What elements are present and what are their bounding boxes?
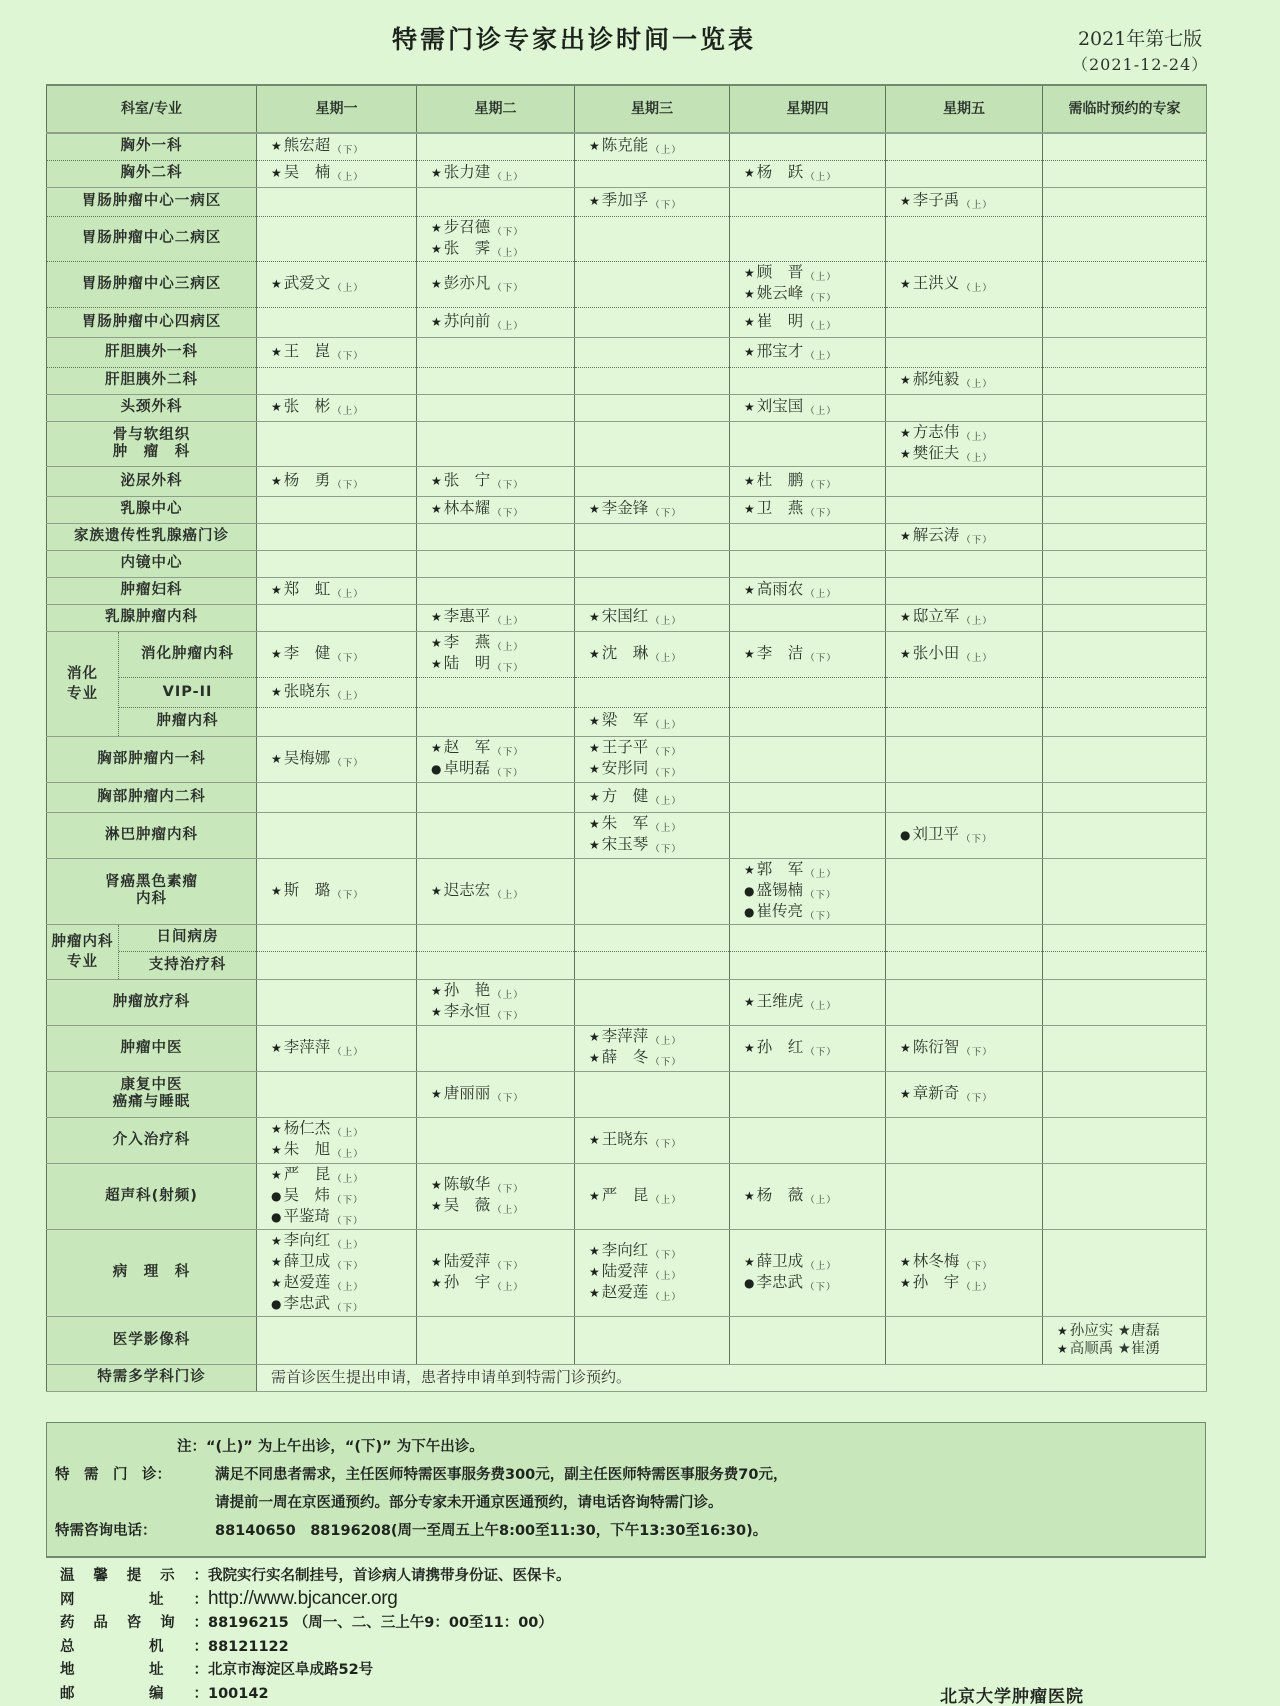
schedule-cell-friday: ★陈衍智（下） bbox=[886, 1025, 1043, 1071]
doctor-name: 杜 鹏 bbox=[757, 471, 804, 489]
doctor-entry: ★赵爱莲（上） bbox=[589, 1283, 729, 1304]
column-header-friday: 星期五 bbox=[886, 85, 1043, 133]
star-icon: ★ bbox=[589, 610, 600, 624]
schedule-cell-thursday bbox=[730, 1117, 886, 1163]
doctor-name: 刘宝国 bbox=[757, 397, 804, 415]
table-row: 胸外一科★熊宏超（下）★陈克能（上） bbox=[47, 133, 1207, 160]
doctor-name: 杨 薇 bbox=[757, 1186, 804, 1204]
schedule-cell-adhoc bbox=[1043, 924, 1207, 979]
doctor-name: 陈克能 bbox=[602, 136, 649, 154]
schedule-cell-thursday bbox=[730, 367, 886, 394]
doctor-entry: ★孙 宇（上） bbox=[431, 1273, 574, 1294]
doctor-name: 赵爱莲 bbox=[602, 1283, 649, 1301]
schedule-cell-adhoc bbox=[1043, 1229, 1207, 1316]
star-icon: ★ bbox=[431, 502, 442, 516]
website-link[interactable]: http://www.bjcancer.org bbox=[208, 1588, 398, 1609]
dept-label: 胃肠肿瘤中心四病区 bbox=[47, 307, 257, 337]
session-marker: （下） bbox=[805, 653, 837, 664]
doctor-name: 刘卫平 bbox=[912, 825, 959, 843]
session-marker: （上） bbox=[332, 1174, 364, 1185]
doctor-name: 严 昆 bbox=[284, 1165, 331, 1183]
session-marker: （上） bbox=[332, 406, 364, 417]
dot-icon: ● bbox=[271, 1189, 281, 1203]
doctor-name: 王洪义 bbox=[913, 274, 960, 292]
schedule-cell-tuesday: ★迟志宏（上） bbox=[417, 858, 575, 924]
doctor-name: 李金锋 bbox=[602, 499, 649, 517]
doctor-entry: ●卓明磊（下） bbox=[431, 759, 574, 780]
dept-group-label: 消化 专业 bbox=[47, 632, 119, 736]
star-icon: ★ bbox=[589, 1133, 600, 1147]
schedule-cell-monday bbox=[257, 1071, 417, 1117]
schedule-cell-adhoc bbox=[1043, 261, 1207, 307]
schedule-cell-friday bbox=[886, 160, 1043, 187]
star-icon: ★ bbox=[431, 610, 442, 624]
session-marker: （上） bbox=[805, 272, 837, 283]
doctor-name: 解云涛 bbox=[913, 526, 960, 544]
schedule-cell-thursday: ★杨 薇（上） bbox=[730, 1163, 886, 1229]
schedule-cell-thursday bbox=[730, 216, 886, 261]
doctor-name: 平鉴琦 bbox=[283, 1207, 330, 1225]
table-row: 胃肠肿瘤中心二病区★步召德（下）★张 霁（上） bbox=[47, 216, 1207, 261]
schedule-cell-wednesday bbox=[575, 160, 730, 187]
session-marker: （上） bbox=[805, 406, 837, 417]
dept-label: 肾癌黑色素瘤 内科 bbox=[47, 858, 257, 924]
doctor-entry: ★林本耀（下） bbox=[431, 499, 574, 520]
star-icon: ★ bbox=[744, 345, 755, 359]
column-header-wednesday: 星期三 bbox=[575, 85, 730, 133]
schedule-cell-monday bbox=[257, 187, 417, 216]
doctor-name: 陈敏华 bbox=[444, 1175, 491, 1193]
star-icon: ★ bbox=[431, 1199, 442, 1213]
doctor-name: 唐丽丽 bbox=[444, 1084, 491, 1102]
star-icon: ★ bbox=[431, 657, 442, 671]
dept-label: 内镜中心 bbox=[47, 550, 257, 577]
schedule-cell-wednesday bbox=[575, 261, 730, 307]
doctor-name: 李忠武 bbox=[756, 1273, 803, 1291]
schedule-cell-thursday bbox=[730, 523, 886, 550]
doctor-entry: ★李子禹（上） bbox=[900, 191, 1042, 212]
session-marker: （上） bbox=[492, 990, 524, 1001]
doctor-entry: ●李忠武（下） bbox=[271, 1294, 416, 1315]
session-marker: （上） bbox=[332, 589, 364, 600]
tip-value: 我院实行实名制挂号，首诊病人请携带身份证、医保卡。 bbox=[208, 1568, 571, 1584]
schedule-cell-friday: ★方志伟（上）★樊征夫（上） bbox=[886, 421, 1043, 466]
star-icon: ★ bbox=[431, 474, 442, 488]
doctor-name: 崔传亮 bbox=[756, 902, 803, 920]
session-marker: （上） bbox=[492, 321, 524, 332]
schedule-table: 科室/专业 星期一 星期二 星期三 星期四 星期五 需临时预约的专家 胸外一科★… bbox=[46, 84, 1207, 1392]
star-icon: ★ bbox=[589, 1030, 600, 1044]
schedule-cell-tuesday bbox=[417, 187, 575, 216]
schedule-cell-monday: ★李向红（上）★薛卫成（下）★赵爱莲（上）●李忠武（下） bbox=[257, 1229, 417, 1316]
session-marker: （下） bbox=[961, 834, 993, 845]
schedule-cell-friday bbox=[886, 1316, 1043, 1364]
schedule-cell-thursday bbox=[730, 924, 886, 979]
schedule-cell-adhoc bbox=[1043, 307, 1207, 337]
session-marker: （下） bbox=[332, 758, 364, 769]
doctor-name: 林本耀 bbox=[444, 499, 491, 517]
session-marker: （上） bbox=[961, 200, 993, 211]
footer-switchboard: 总 机：88121122 bbox=[60, 1635, 1240, 1659]
dept-label: 家族遗传性乳腺癌门诊 bbox=[47, 523, 257, 550]
dept-label: 胸外一科 bbox=[47, 133, 257, 160]
doctor-entry: ★顾 晋（上） bbox=[744, 263, 885, 284]
star-icon: ★ bbox=[271, 345, 282, 359]
star-icon: ★ bbox=[900, 373, 911, 387]
edition-info: 2021年第七版 （2021-12-24） bbox=[1072, 26, 1208, 78]
table-row: 骨与软组织 肿 瘤 科★方志伟（上）★樊征夫（上） bbox=[47, 421, 1207, 466]
schedule-cell-monday bbox=[257, 1316, 417, 1364]
schedule-cell-tuesday bbox=[417, 1316, 575, 1364]
phone-label: 特需咨询电话： bbox=[55, 1519, 215, 1540]
schedule-cell-tuesday bbox=[417, 394, 575, 421]
schedule-cell-tuesday bbox=[417, 924, 575, 979]
session-marker: （下） bbox=[650, 1139, 682, 1150]
schedule-cell-monday: ★熊宏超（下） bbox=[257, 133, 417, 160]
star-icon: ★ bbox=[900, 1041, 911, 1055]
schedule-cell-tuesday: ★赵 军（下）●卓明磊（下） bbox=[417, 736, 575, 782]
schedule-cell-monday: ★吴 楠（上） bbox=[257, 160, 417, 187]
schedule-cell-tuesday: ★张 宁（下） bbox=[417, 466, 575, 496]
doctor-entry: ★陆爱萍（下） bbox=[431, 1252, 574, 1273]
schedule-cell-tuesday bbox=[417, 523, 575, 550]
session-marker: （下） bbox=[961, 1093, 993, 1104]
doctor-name: 李永恒 bbox=[444, 1002, 491, 1020]
doctor-name: 高雨农 bbox=[757, 580, 804, 598]
dot-icon: ● bbox=[271, 1210, 281, 1224]
schedule-cell-thursday: ★顾 晋（上）★姚云峰（下） bbox=[730, 261, 886, 307]
session-marker: （下） bbox=[650, 747, 682, 758]
doctor-name: 吴 楠 bbox=[284, 163, 331, 181]
doctor-name: 樊征夫 bbox=[913, 444, 960, 462]
session-marker: （下） bbox=[805, 890, 837, 901]
doctor-name: 顾 晋 bbox=[757, 263, 804, 281]
schedule-cell-thursday: ★杨 跃（上） bbox=[730, 160, 886, 187]
doctor-entry: ★章新奇（下） bbox=[900, 1084, 1042, 1105]
doctor-entry: ★杨 薇（上） bbox=[744, 1186, 885, 1207]
star-icon: ★ bbox=[431, 1276, 442, 1290]
doctor-name: 孙 艳 bbox=[444, 981, 491, 999]
star-icon: ★ bbox=[744, 583, 755, 597]
session-marker: （上） bbox=[961, 453, 993, 464]
doctor-entry: ★姚云峰（下） bbox=[744, 284, 885, 305]
schedule-cell-friday bbox=[886, 337, 1043, 367]
doctor-entry: ★李惠平（上） bbox=[431, 607, 574, 628]
schedule-cell-wednesday bbox=[575, 337, 730, 367]
dept-label: 特需多学科门诊 bbox=[47, 1364, 257, 1391]
schedule-cell-tuesday bbox=[417, 337, 575, 367]
star-icon: ★ bbox=[271, 1041, 282, 1055]
session-marker: （下） bbox=[492, 227, 524, 238]
doctor-entry: ★薛 冬（下） bbox=[589, 1048, 729, 1069]
doctor-entry: ★李 燕（上） bbox=[431, 633, 574, 654]
session-marker: （上） bbox=[961, 432, 993, 443]
dept-label: VIP-II bbox=[119, 678, 256, 708]
doctor-entry: ★孙应实 ★唐磊 bbox=[1057, 1322, 1206, 1340]
vip-clinic-text-2: 请提前一周在京医通预约。部分专家未开通京医通预约，请电话咨询特需门诊。 bbox=[215, 1495, 723, 1511]
schedule-cell-wednesday bbox=[575, 307, 730, 337]
schedule-cell-wednesday: ★季加孚（下） bbox=[575, 187, 730, 216]
session-marker: （上） bbox=[332, 172, 364, 183]
doctor-entry: ★张 彬（上） bbox=[271, 397, 416, 418]
schedule-cell-wednesday: ★宋国红（上） bbox=[575, 604, 730, 631]
session-marker: （上） bbox=[650, 1271, 682, 1282]
doctor-name: 李 燕 bbox=[444, 633, 491, 651]
doctor-entry: ★陆 明（下） bbox=[431, 654, 574, 675]
doctor-entry: ★安彤同（下） bbox=[589, 759, 729, 780]
schedule-cell-thursday: ★郭 军（上）●盛锡楠（下）●崔传亮（下） bbox=[730, 858, 886, 924]
doctor-entry: ★杨 跃（上） bbox=[744, 163, 885, 184]
doctor-entry: ★樊征夫（上） bbox=[900, 444, 1042, 465]
schedule-cell-thursday: ★邢宝才（上） bbox=[730, 337, 886, 367]
doctor-name: 孙 宇 bbox=[444, 1273, 491, 1291]
dept-label: 介入治疗科 bbox=[47, 1117, 257, 1163]
doctor-entry: ★宋玉琴（下） bbox=[589, 835, 729, 856]
session-marker: （上） bbox=[332, 691, 364, 702]
doctor-entry: ★朱 旭（上） bbox=[271, 1140, 416, 1161]
session-marker: （下） bbox=[961, 1047, 993, 1058]
session-marker: （上） bbox=[650, 1292, 682, 1303]
schedule-cell-wednesday bbox=[575, 394, 730, 421]
session-marker: （上） bbox=[650, 1036, 682, 1047]
session-marker: （下） bbox=[332, 145, 364, 156]
schedule-cell-monday bbox=[257, 307, 417, 337]
table-row: 内镜中心 bbox=[47, 550, 1207, 577]
schedule-cell-monday bbox=[257, 812, 417, 858]
doctor-entry: ★高雨农（上） bbox=[744, 580, 885, 601]
schedule-cell-friday bbox=[886, 924, 1043, 979]
dot-icon: ● bbox=[271, 1297, 281, 1311]
schedule-cell-friday: ★李子禹（上） bbox=[886, 187, 1043, 216]
schedule-cell-friday bbox=[886, 1117, 1043, 1163]
column-header-monday: 星期一 bbox=[257, 85, 417, 133]
schedule-cell-adhoc bbox=[1043, 1163, 1207, 1229]
doctor-entry: ★孙 红（下） bbox=[744, 1038, 885, 1059]
schedule-cell-monday: ★张 彬（上） bbox=[257, 394, 417, 421]
table-row-multidisciplinary: 特需多学科门诊需首诊医生提出申请，患者持申请单到特需门诊预约。 bbox=[47, 1364, 1207, 1391]
session-marker: （上） bbox=[332, 1149, 364, 1160]
doctor-entry: ★李向红（下） bbox=[589, 1241, 729, 1262]
doctor-entry: ★孙 艳（上） bbox=[431, 981, 574, 1002]
doctor-name: 李 健 bbox=[284, 644, 331, 662]
doctor-entry: ★吴 薇（上） bbox=[431, 1196, 574, 1217]
schedule-cell-adhoc bbox=[1043, 133, 1207, 160]
doctor-name: 吴梅娜 bbox=[284, 749, 331, 767]
session-marker: （上） bbox=[492, 890, 524, 901]
doctor-name: 杨仁杰 bbox=[284, 1119, 331, 1137]
schedule-cell-thursday bbox=[730, 1071, 886, 1117]
session-marker: （下） bbox=[805, 508, 837, 519]
doctor-entry: ★薛卫成（上） bbox=[744, 1252, 885, 1273]
doctor-entry: ★唐丽丽（下） bbox=[431, 1084, 574, 1105]
session-marker: （上） bbox=[650, 653, 682, 664]
doctor-name: 姚云峰 bbox=[757, 284, 804, 302]
session-marker: （上） bbox=[961, 379, 993, 390]
schedule-cell-monday bbox=[257, 550, 417, 577]
drug-consult-value: 88196215 （周一、二、三上午9：00至11：00） bbox=[208, 1615, 553, 1631]
doctor-name: 赵爱莲 bbox=[284, 1273, 331, 1291]
doctor-entry: ★张 霁（上） bbox=[431, 239, 574, 260]
table-row: 胸外二科★吴 楠（上）★张力建（上）★杨 跃（上） bbox=[47, 160, 1207, 187]
edition-date: （2021-12-24） bbox=[1072, 52, 1208, 78]
doctor-name: 季加孚 bbox=[602, 191, 649, 209]
doctor-entry: ★武爱文（上） bbox=[271, 274, 416, 295]
doctor-entry: ●吴 炜（下） bbox=[271, 1186, 416, 1207]
dept-label: 胸部肿瘤内一科 bbox=[47, 736, 257, 782]
legend-text: “(上)” 为上午出诊，“(下)” 为下午出诊。 bbox=[206, 1439, 484, 1455]
session-marker: （下） bbox=[492, 1261, 524, 1272]
session-marker: （下） bbox=[492, 1184, 524, 1195]
doctor-entry: ★赵爱莲（上） bbox=[271, 1273, 416, 1294]
doctor-entry: ★方志伟（上） bbox=[900, 423, 1042, 444]
dept-label: 胃肠肿瘤中心二病区 bbox=[47, 216, 257, 261]
doctor-name: 邸立军 bbox=[913, 607, 960, 625]
doctor-name: 薛 冬 bbox=[602, 1048, 649, 1066]
doctor-entry: ★薛卫成（下） bbox=[271, 1252, 416, 1273]
dept-label: 肿瘤中医 bbox=[47, 1025, 257, 1071]
star-icon: ★ bbox=[271, 400, 282, 414]
dept-label: 骨与软组织 肿 瘤 科 bbox=[47, 421, 257, 466]
star-icon: ★ bbox=[431, 221, 442, 235]
schedule-cell-adhoc bbox=[1043, 1117, 1207, 1163]
schedule-cell-thursday bbox=[730, 133, 886, 160]
session-marker: （上） bbox=[805, 172, 837, 183]
doctor-entry: ●平鉴琦（下） bbox=[271, 1207, 416, 1228]
legend-label: 注： bbox=[177, 1439, 206, 1455]
star-icon: ★ bbox=[271, 647, 282, 661]
schedule-cell-thursday bbox=[730, 604, 886, 631]
schedule-cell-monday: ★斯 璐（下） bbox=[257, 858, 417, 924]
doctor-entry: ★张力建（上） bbox=[431, 163, 574, 184]
doctor-entry: ●崔传亮（下） bbox=[744, 902, 885, 923]
doctor-name: 严 昆 bbox=[602, 1186, 649, 1204]
session-marker: （下） bbox=[805, 1282, 837, 1293]
session-marker: （上） bbox=[650, 1195, 682, 1206]
dot-icon: ● bbox=[744, 884, 754, 898]
session-marker: （下） bbox=[650, 768, 682, 779]
schedule-cell-friday: ●刘卫平（下） bbox=[886, 812, 1043, 858]
table-row: 肝胆胰外二科★郝纯毅（上） bbox=[47, 367, 1207, 394]
hospital-name: 北京大学肿瘤医院 bbox=[940, 1682, 1084, 1706]
doctor-name: 吴 炜 bbox=[283, 1186, 330, 1204]
doctor-name: 武爱文 bbox=[284, 274, 331, 292]
dept-label: 胸外二科 bbox=[47, 160, 257, 187]
doctor-entry: ★沈 琳（上） bbox=[589, 644, 729, 665]
schedule-cell-wednesday bbox=[575, 216, 730, 261]
page-header: 特需门诊专家出诊时间一览表 2021年第七版 （2021-12-24） bbox=[0, 0, 1280, 82]
session-marker: （下） bbox=[492, 480, 524, 491]
session-marker: （下） bbox=[961, 535, 993, 546]
star-icon: ★ bbox=[431, 1005, 442, 1019]
session-marker: （上） bbox=[805, 589, 837, 600]
table-row: 胃肠肿瘤中心四病区★苏向前（上）★崔 明（上） bbox=[47, 307, 1207, 337]
switchboard-label: 总 机： bbox=[60, 1635, 208, 1656]
schedule-cell-tuesday: ★彭亦凡（下） bbox=[417, 261, 575, 307]
schedule-cell-friday bbox=[886, 133, 1043, 160]
schedule-cell-friday bbox=[886, 466, 1043, 496]
session-marker: （下） bbox=[332, 351, 364, 362]
schedule-cell-wednesday: ★王子平（下）★安彤同（下） bbox=[575, 736, 730, 782]
schedule-cell-thursday: ★孙 红（下） bbox=[730, 1025, 886, 1071]
session-marker: （上） bbox=[805, 351, 837, 362]
drug-consult-label: 药品咨询： bbox=[60, 1611, 208, 1632]
session-marker: （上） bbox=[650, 616, 682, 627]
schedule-cell-thursday bbox=[730, 812, 886, 858]
schedule-cell-tuesday bbox=[417, 1117, 575, 1163]
schedule-cell-adhoc bbox=[1043, 604, 1207, 631]
schedule-cell-tuesday bbox=[417, 421, 575, 466]
doctor-entry: ★彭亦凡（下） bbox=[431, 274, 574, 295]
star-icon: ★ bbox=[744, 1255, 755, 1269]
table-row: 介入治疗科★杨仁杰（上）★朱 旭（上）★王晓东（下） bbox=[47, 1117, 1207, 1163]
doctor-entry: ★卫 燕（下） bbox=[744, 499, 885, 520]
column-header-tuesday: 星期二 bbox=[417, 85, 575, 133]
dept-label: 胸部肿瘤内二科 bbox=[47, 782, 257, 812]
schedule-cell-tuesday: ★陆爱萍（下）★孙 宇（上） bbox=[417, 1229, 575, 1316]
session-marker: （上） bbox=[650, 823, 682, 834]
schedule-cell-friday bbox=[886, 496, 1043, 523]
session-marker: （下） bbox=[650, 1057, 682, 1068]
schedule-cell-tuesday: ★孙 艳（上）★李永恒（下） bbox=[417, 979, 575, 1025]
schedule-cell-friday: ★章新奇（下） bbox=[886, 1071, 1043, 1117]
star-icon: ★ bbox=[589, 714, 600, 728]
star-icon: ★ bbox=[431, 984, 442, 998]
schedule-cell-thursday: ★薛卫成（上）●李忠武（下） bbox=[730, 1229, 886, 1316]
schedule-cell-friday: ★林冬梅（下）★孙 宇（上） bbox=[886, 1229, 1043, 1316]
schedule-cell-monday bbox=[257, 367, 417, 394]
session-marker: （下） bbox=[492, 508, 524, 519]
dept-label: 乳腺中心 bbox=[47, 496, 257, 523]
star-icon: ★ bbox=[271, 277, 282, 291]
session-marker: （下） bbox=[650, 844, 682, 855]
doctor-entry: ★林冬梅（下） bbox=[900, 1252, 1042, 1273]
address-value: 北京市海淀区阜成路52号 bbox=[208, 1662, 373, 1678]
schedule-cell-monday bbox=[257, 924, 417, 979]
star-icon: ★ bbox=[900, 1255, 911, 1269]
doctor-entry: ★李 健（下） bbox=[271, 644, 416, 665]
vip-clinic-note: 特 需 门 诊：满足不同患者需求，主任医师特需医事服务费300元，副主任医师特需… bbox=[55, 1463, 787, 1484]
session-marker: （上） bbox=[961, 283, 993, 294]
dept-label: 肿瘤内科 bbox=[119, 708, 256, 736]
doctor-name: 梁 军 bbox=[602, 711, 649, 729]
schedule-cell-adhoc bbox=[1043, 496, 1207, 523]
dept-label: 乳腺肿瘤内科 bbox=[47, 604, 257, 631]
doctor-name: 宋玉琴 bbox=[602, 835, 649, 853]
schedule-cell-friday bbox=[886, 1163, 1043, 1229]
doctor-entry: ★严 昆（上） bbox=[589, 1186, 729, 1207]
star-icon: ★ bbox=[271, 583, 282, 597]
table-row: 医学影像科★孙应实 ★唐磊★高顺禹 ★崔湧 bbox=[47, 1316, 1207, 1364]
doctor-entry: ★邢宝才（上） bbox=[744, 342, 885, 363]
star-icon: ★ bbox=[271, 166, 282, 180]
schedule-cell-adhoc bbox=[1043, 367, 1207, 394]
doctor-entry: ●刘卫平（下） bbox=[900, 825, 1042, 846]
schedule-cell-adhoc bbox=[1043, 394, 1207, 421]
doctor-entry: ●李忠武（下） bbox=[744, 1273, 885, 1294]
schedule-cell-tuesday: ★林本耀（下） bbox=[417, 496, 575, 523]
star-icon: ★ bbox=[900, 610, 911, 624]
schedule-cell-adhoc bbox=[1043, 466, 1207, 496]
footer-drug-consult: 药品咨询：88196215 （周一、二、三上午9：00至11：00） bbox=[60, 1611, 1240, 1635]
star-icon: ★ bbox=[744, 315, 755, 329]
doctor-name: 林冬梅 bbox=[913, 1252, 960, 1270]
schedule-cell-wednesday: ★王晓东（下） bbox=[575, 1117, 730, 1163]
schedule-cell-wednesday: ★李向红（下）★陆爱萍（上）★赵爱莲（上） bbox=[575, 1229, 730, 1316]
schedule-cell-tuesday bbox=[417, 133, 575, 160]
schedule-cell-thursday: ★杜 鹏（下） bbox=[730, 466, 886, 496]
website-label: 网 址： bbox=[60, 1588, 208, 1609]
dot-icon: ● bbox=[431, 762, 441, 776]
